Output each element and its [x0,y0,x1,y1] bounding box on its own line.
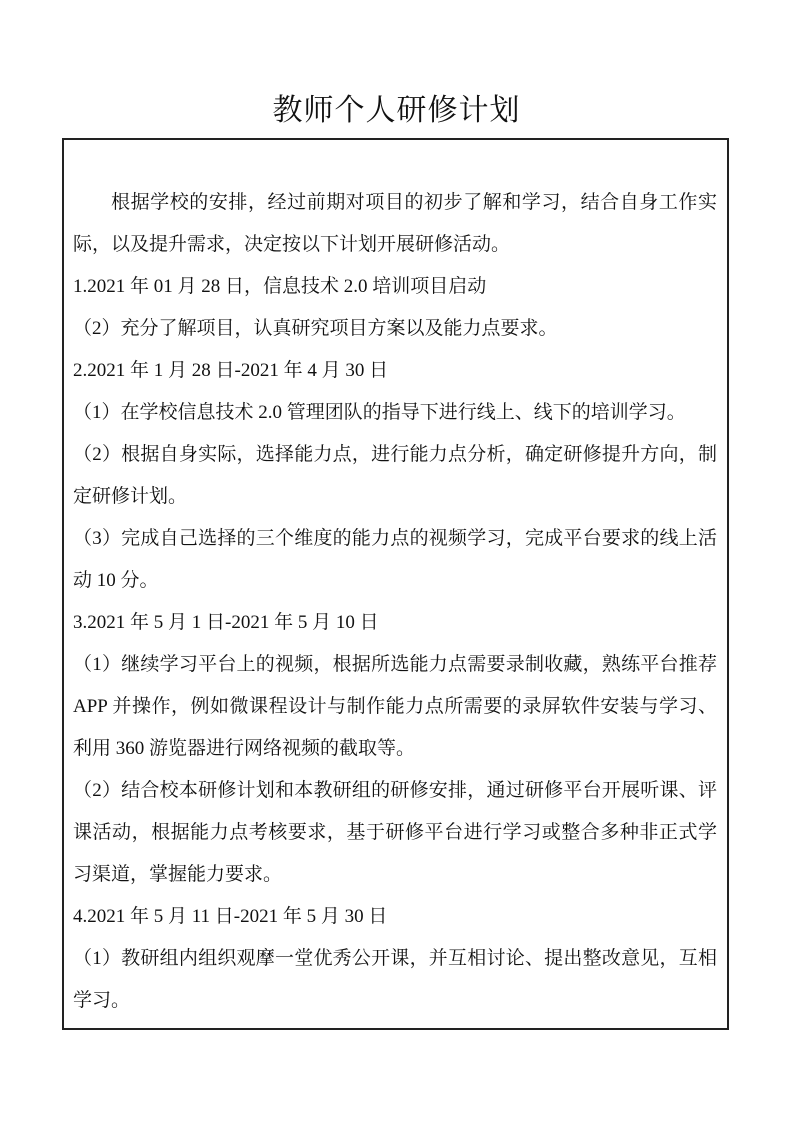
paragraph-item-1-date: 1.2021 年 01 月 28 日，信息技术 2.0 培训项目启动 [73,266,717,308]
paragraph-item-2-detail-2: （2）根据自身实际，选择能力点，进行能力点分析，确定研修提升方向，制定研修计划。 [73,434,717,518]
document-title: 教师个人研修计划 [0,0,793,129]
paragraph-item-1-detail: （2）充分了解项目，认真研究项目方案以及能力点要求。 [73,308,717,350]
paragraph-item-4-date: 4.2021 年 5 月 11 日-2021 年 5 月 30 日 [73,896,717,938]
paragraph-item-2-detail-1: （1）在学校信息技术 2.0 管理团队的指导下进行线上、线下的培训学习。 [73,392,717,434]
paragraph-item-4-detail-1: （1）教研组内组织观摩一堂优秀公开课，并互相讨论、提出整改意见，互相学习。 [73,938,717,1022]
paragraph-item-2-detail-3: （3）完成自己选择的三个维度的能力点的视频学习，完成平台要求的线上活动 10 分… [73,518,717,602]
document-page: 教师个人研修计划 根据学校的安排，经过前期对项目的初步了解和学习，结合自身工作实… [0,0,793,1122]
content-box: 根据学校的安排，经过前期对项目的初步了解和学习，结合自身工作实际，以及提升需求，… [62,138,729,1030]
paragraph-item-3-date: 3.2021 年 5 月 1 日-2021 年 5 月 10 日 [73,602,717,644]
paragraph-item-2-date: 2.2021 年 1 月 28 日-2021 年 4 月 30 日 [73,350,717,392]
paragraph-item-3-detail-2: （2）结合校本研修计划和本教研组的研修安排，通过研修平台开展听课、评课活动，根据… [73,770,717,896]
paragraph-intro: 根据学校的安排，经过前期对项目的初步了解和学习，结合自身工作实际，以及提升需求，… [73,182,717,266]
paragraph-item-3-detail-1: （1）继续学习平台上的视频，根据所选能力点需要录制收藏，熟练平台推荐 APP 并… [73,644,717,770]
